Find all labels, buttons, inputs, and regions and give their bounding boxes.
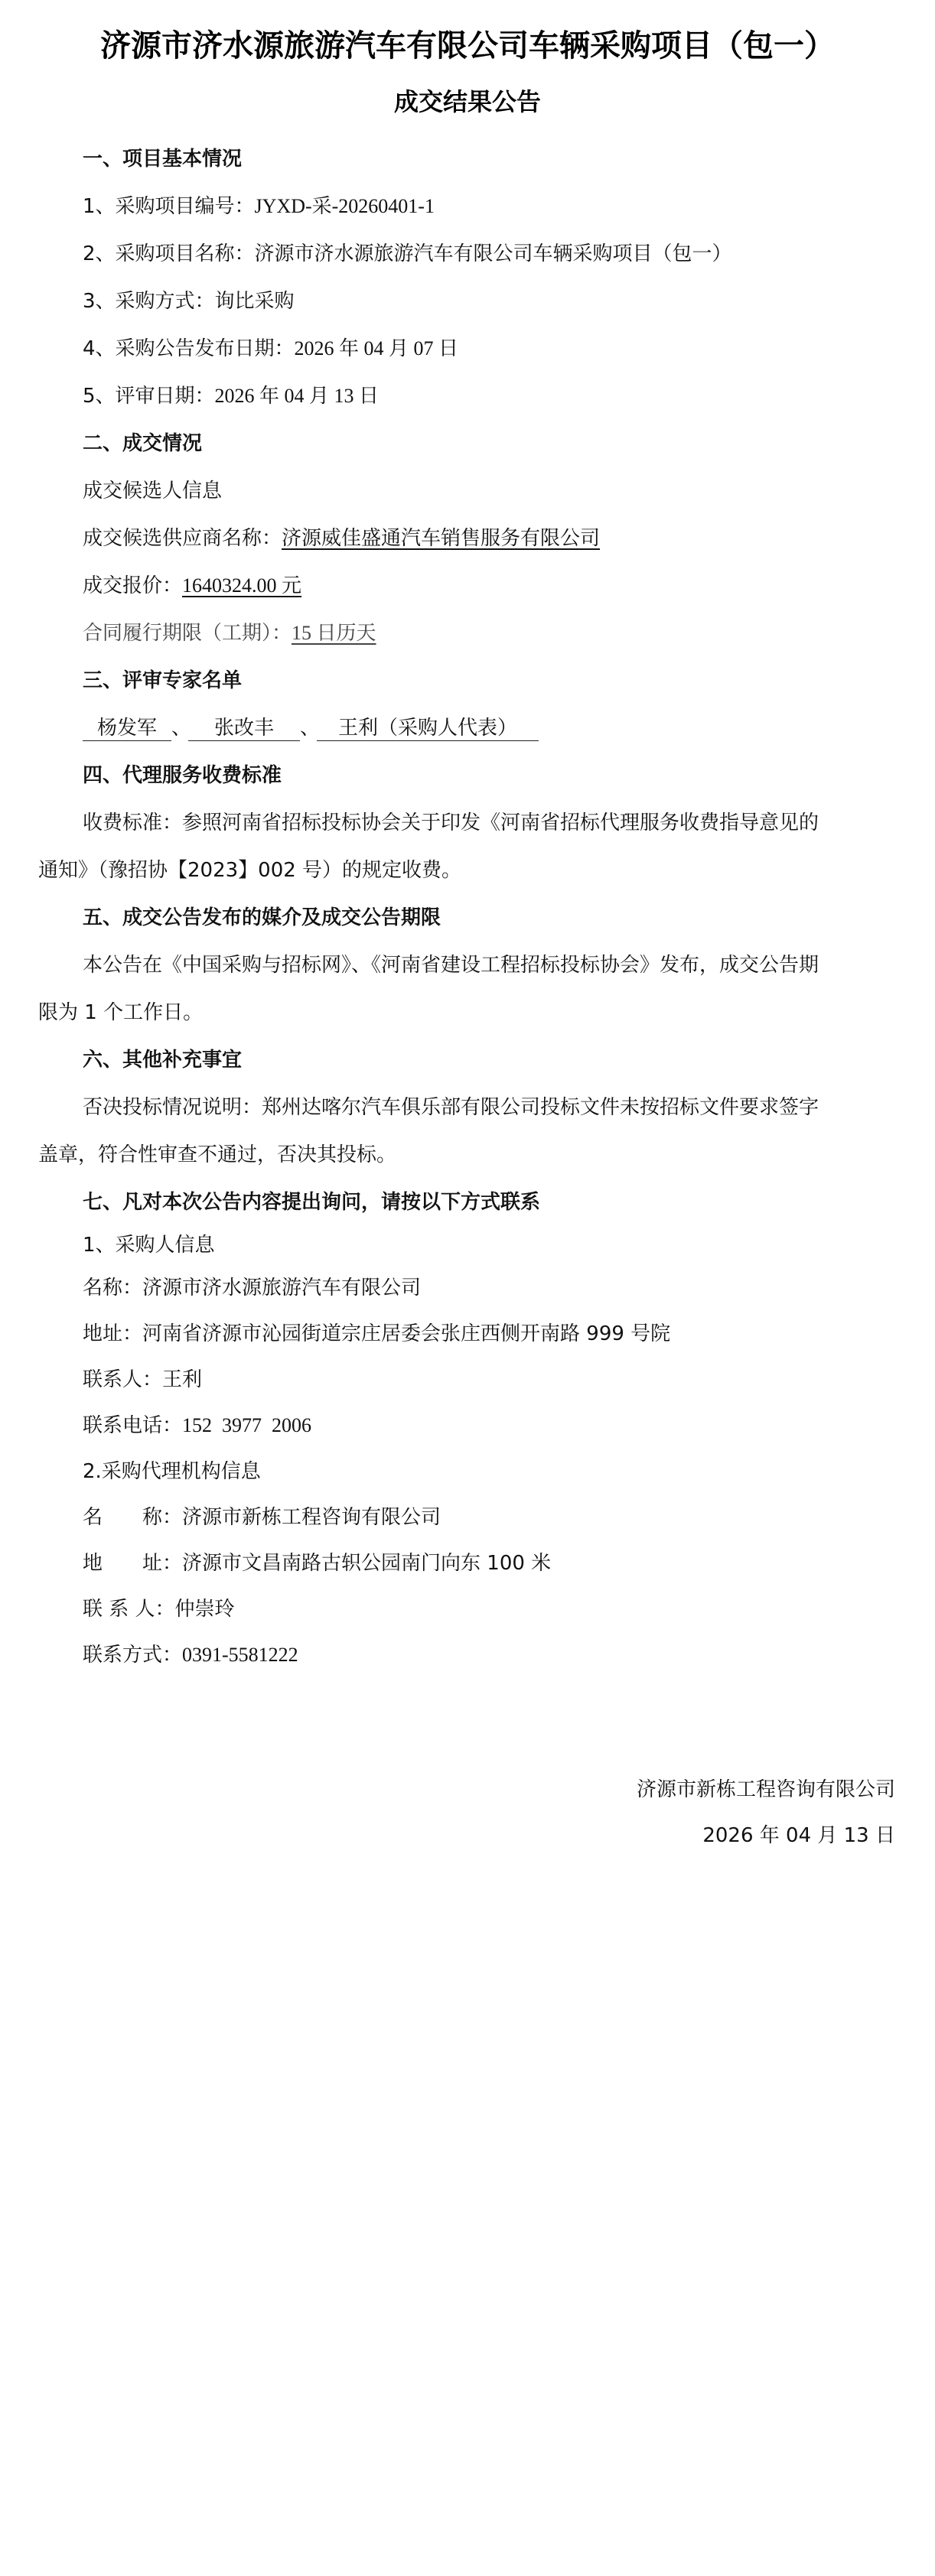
candidate-info-label: 成交候选人信息 xyxy=(83,479,222,503)
review-date-value: 2026 年 04 月 13 日 xyxy=(215,385,380,407)
fee-text-line1: 收费标准：参照河南省招标投标协会关于印发《河南省招标代理服务收费指导意见的 xyxy=(83,811,819,835)
agency-contact-label: 联 系 人： xyxy=(83,1597,175,1621)
purchaser-phone-value: 152 3977 2006 xyxy=(182,1414,311,1436)
project-name-row: 2、采购项目名称：济源市济水源旅游汽车有限公司车辆采购项目（包一） xyxy=(83,242,732,266)
publish-date-label: 4、采购公告发布日期： xyxy=(83,337,295,360)
publish-date-row: 4、采购公告发布日期：2026 年 04 月 07 日 xyxy=(83,337,458,361)
supplier-label: 成交候选供应商名称： xyxy=(83,527,282,550)
purchaser-phone-row: 联系电话：152 3977 2006 xyxy=(83,1413,311,1438)
expert-list: 杨发军、张改丰、王利（采购人代表） xyxy=(83,716,539,741)
media-text-line1: 本公告在《中国采购与招标网》、《河南省建设工程招标投标协会》发布，成交公告期 xyxy=(83,953,819,977)
agency-name-value: 济源市新栋工程咨询有限公司 xyxy=(182,1506,441,1529)
review-date-label: 5、评审日期： xyxy=(83,385,215,408)
agency-name-row: 名 称：济源市新栋工程咨询有限公司 xyxy=(83,1505,441,1530)
agency-info-heading: 2.采购代理机构信息 xyxy=(83,1459,261,1484)
project-name-label: 2、采购项目名称： xyxy=(83,242,255,265)
expert-name: 张改丰 xyxy=(188,716,300,741)
purchaser-contact-value: 王利 xyxy=(162,1368,202,1391)
procurement-method-value: 询比采购 xyxy=(215,290,295,313)
price-label: 成交报价： xyxy=(83,574,182,597)
agency-phone-value: 0391-5581222 xyxy=(182,1644,298,1666)
section-heading-project-info: 一、项目基本情况 xyxy=(83,147,242,171)
price-row: 成交报价：1640324.00 元 xyxy=(83,574,301,598)
purchaser-contact-row: 联系人：王利 xyxy=(83,1368,202,1392)
document-subtitle: 成交结果公告 xyxy=(0,83,935,118)
agency-contact-row: 联 系 人：仲崇玲 xyxy=(83,1597,235,1621)
project-name-value: 济源市济水源旅游汽车有限公司车辆采购项目（包一） xyxy=(255,242,732,265)
expert-separator: 、 xyxy=(300,716,317,740)
expert-separator: 、 xyxy=(171,716,188,740)
supplier-row: 成交候选供应商名称：济源威佳盛通汽车销售服务有限公司 xyxy=(83,526,600,551)
agency-phone-label: 联系方式： xyxy=(83,1643,182,1667)
section-heading-deal: 二、成交情况 xyxy=(83,431,202,456)
document-title: 济源市济水源旅游汽车有限公司车辆采购项目（包一） xyxy=(0,21,935,65)
period-value: 15 日历天 xyxy=(292,622,376,644)
period-label: 合同履行期限（工期）： xyxy=(83,622,292,645)
signature-organization: 济源市新栋工程咨询有限公司 xyxy=(637,1778,895,1802)
procurement-method-row: 3、采购方式：询比采购 xyxy=(83,289,295,314)
purchaser-address-label: 地址： xyxy=(83,1322,142,1345)
purchaser-phone-label: 联系电话： xyxy=(83,1414,182,1437)
period-row: 合同履行期限（工期）：15 日历天 xyxy=(83,621,376,646)
section-heading-experts: 三、评审专家名单 xyxy=(83,668,242,693)
purchaser-address-value: 河南省济源市沁园街道宗庄居委会张庄西侧开南路 999 号院 xyxy=(142,1322,670,1345)
media-text-line2: 限为 1 个工作日。 xyxy=(38,1000,203,1025)
price-value: 1640324.00 元 xyxy=(182,574,301,597)
publish-date-value: 2026 年 04 月 07 日 xyxy=(295,337,459,359)
fee-text-line2: 通知》（豫招协【2023】002 号）的规定收费。 xyxy=(38,858,461,883)
section-heading-media: 五、成交公告发布的媒介及成交公告期限 xyxy=(83,906,441,930)
agency-address-label: 地 址： xyxy=(83,1551,182,1576)
purchaser-info-heading: 1、采购人信息 xyxy=(83,1233,215,1257)
purchaser-name-label: 名称： xyxy=(83,1277,142,1299)
project-number-label: 1、采购项目编号： xyxy=(83,195,255,218)
procurement-method-label: 3、采购方式： xyxy=(83,290,215,313)
section-heading-fee: 四、代理服务收费标准 xyxy=(83,763,282,788)
agency-address-value: 济源市文昌南路古轵公园南门向东 100 米 xyxy=(182,1552,551,1575)
project-number-value: JYXD-采-20260401-1 xyxy=(255,195,435,217)
supplier-value: 济源威佳盛通汽车销售服务有限公司 xyxy=(282,527,600,550)
expert-name: 王利（采购人代表） xyxy=(317,716,539,741)
section-heading-contact: 七、凡对本次公告内容提出询问，请按以下方式联系 xyxy=(83,1190,540,1215)
purchaser-contact-label: 联系人： xyxy=(83,1368,162,1391)
agency-phone-row: 联系方式：0391-5581222 xyxy=(83,1643,298,1667)
agency-name-label: 名 称： xyxy=(83,1505,182,1530)
purchaser-name-row: 名称：济源市济水源旅游汽车有限公司 xyxy=(83,1276,421,1300)
agency-address-row: 地 址：济源市文昌南路古轵公园南门向东 100 米 xyxy=(83,1551,551,1576)
expert-name: 杨发军 xyxy=(83,716,171,741)
signature-date: 2026 年 04 月 13 日 xyxy=(702,1823,895,1848)
review-date-row: 5、评审日期：2026 年 04 月 13 日 xyxy=(83,384,379,408)
agency-contact-value: 仲崇玲 xyxy=(175,1598,235,1621)
project-number-row: 1、采购项目编号：JYXD-采-20260401-1 xyxy=(83,194,435,219)
purchaser-address-row: 地址：河南省济源市沁园街道宗庄居委会张庄西侧开南路 999 号院 xyxy=(83,1322,670,1346)
rejection-text-line1: 否决投标情况说明：郑州达喀尔汽车俱乐部有限公司投标文件未按招标文件要求签字 xyxy=(83,1095,819,1120)
rejection-text-line2: 盖章，符合性审查不通过，否决其投标。 xyxy=(38,1143,396,1167)
purchaser-name-value: 济源市济水源旅游汽车有限公司 xyxy=(142,1277,421,1299)
section-heading-other: 六、其他补充事宜 xyxy=(83,1048,242,1072)
